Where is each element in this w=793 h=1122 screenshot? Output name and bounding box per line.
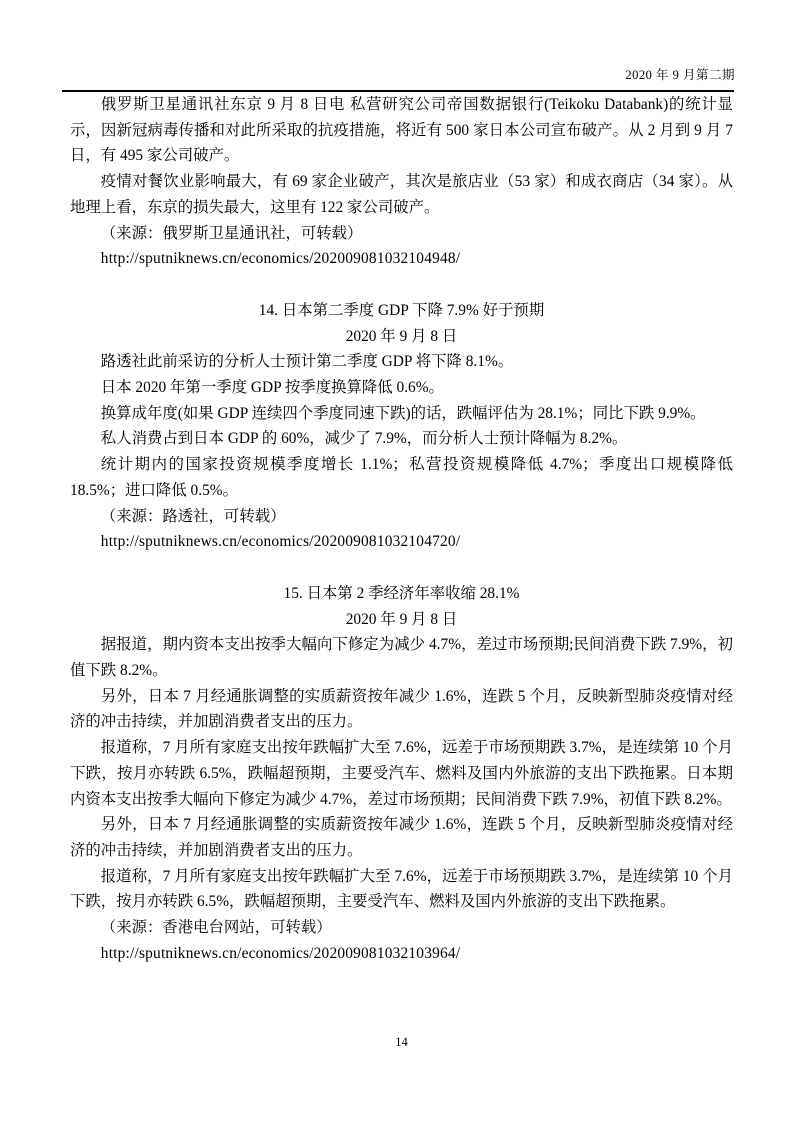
article-date: 2020 年 9 月 8 日 [70, 607, 733, 633]
paragraph: 换算成年度(如果 GDP 连续四个季度同速下跌)的话，跌幅评估为 28.1%；同… [70, 401, 733, 427]
article-title: 15. 日本第 2 季经济年率收缩 28.1% [70, 581, 733, 607]
paragraph: 私人消费占到日本 GDP 的 60%，减少了 7.9%，而分析人士预计降幅为 8… [70, 426, 733, 452]
article-url: http://sputniknews.cn/economics/20200908… [70, 529, 733, 555]
article-13-continuation: 俄罗斯卫星通讯社东京 9 月 8 日电 私营研究公司帝国数据银行(Teikoku… [70, 92, 733, 272]
paragraph: 另外，日本 7 月经通胀调整的实质薪资按年减少 1.6%，连跌 5 个月，反映新… [70, 812, 733, 863]
paragraph: 路透社此前采访的分析人士预计第二季度 GDP 将下降 8.1%。 [70, 349, 733, 375]
paragraph: 据报道，期内资本支出按季大幅向下修定为减少 4.7%，差过市场预期;民间消费下跌… [70, 632, 733, 683]
page-body: 俄罗斯卫星通讯社东京 9 月 8 日电 私营研究公司帝国数据银行(Teikoku… [70, 92, 733, 967]
article-title: 14. 日本第二季度 GDP 下降 7.9% 好于预期 [70, 298, 733, 324]
source-line: （来源：俄罗斯卫星通讯社，可转载） [70, 221, 733, 247]
source-line: （来源：香港电台网站，可转载） [70, 915, 733, 941]
article-15: 15. 日本第 2 季经济年率收缩 28.1% 2020 年 9 月 8 日 据… [70, 581, 733, 967]
paragraph: 报道称，7 月所有家庭支出按年跌幅扩大至 7.6%，远差于市场预期跌 3.7%，… [70, 735, 733, 812]
article-date: 2020 年 9 月 8 日 [70, 324, 733, 350]
article-url: http://sputniknews.cn/economics/20200908… [70, 941, 733, 967]
article-14: 14. 日本第二季度 GDP 下降 7.9% 好于预期 2020 年 9 月 8… [70, 298, 733, 555]
paragraph: 另外，日本 7 月经通胀调整的实质薪资按年减少 1.6%，连跌 5 个月，反映新… [70, 684, 733, 735]
document-page: 2020 年 9 月第二期 俄罗斯卫星通讯社东京 9 月 8 日电 私营研究公司… [0, 0, 793, 1122]
source-line: （来源：路透社，可转载） [70, 504, 733, 530]
article-url: http://sputniknews.cn/economics/20200908… [70, 246, 733, 272]
paragraph: 日本 2020 年第一季度 GDP 按季度换算降低 0.6%。 [70, 375, 733, 401]
paragraph: 报道称，7 月所有家庭支出按年跌幅扩大至 7.6%，远差于市场预期跌 3.7%，… [70, 864, 733, 915]
paragraph: 统计期内的国家投资规模季度增长 1.1%；私营投资规模降低 4.7%；季度出口规… [70, 452, 733, 503]
paragraph: 疫情对餐饮业影响最大，有 69 家企业破产，其次是旅店业（53 家）和成衣商店（… [70, 169, 733, 220]
page-number: 14 [70, 1034, 733, 1050]
header-issue-label: 2020 年 9 月第二期 [625, 67, 735, 83]
paragraph: 俄罗斯卫星通讯社东京 9 月 8 日电 私营研究公司帝国数据银行(Teikoku… [70, 92, 733, 169]
